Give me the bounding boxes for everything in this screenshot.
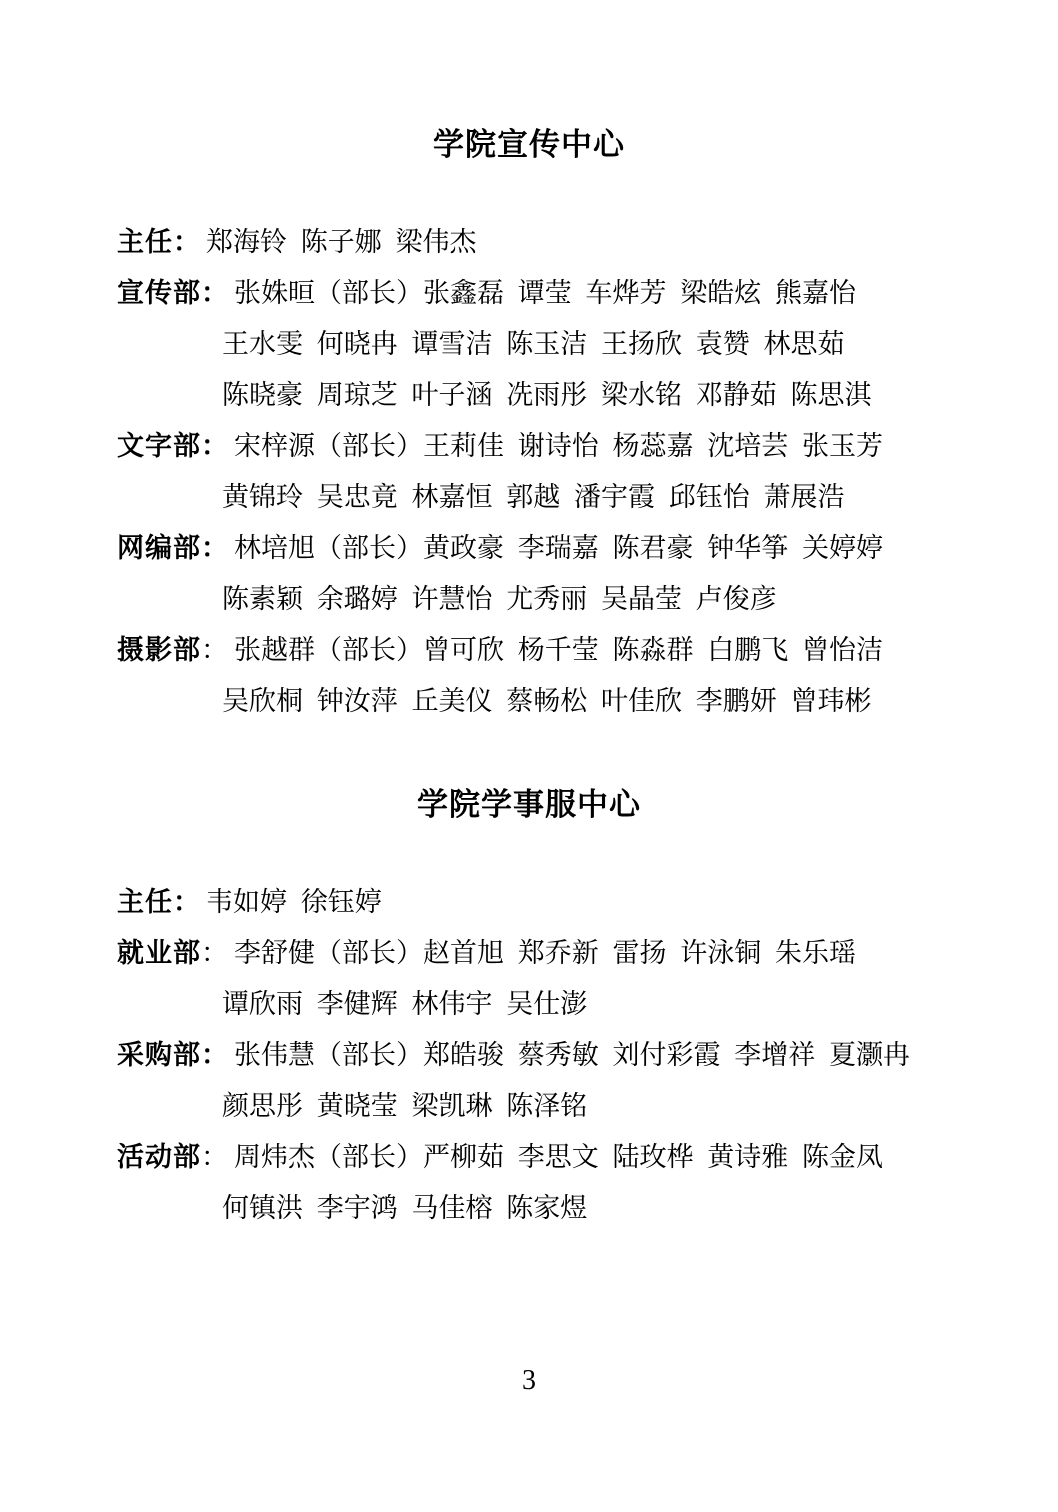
member-names: 吴欣桐 钟汝萍 丘美仪 蔡畅松 叶佳欣 李鹏妍 曾玮彬 bbox=[117, 676, 1008, 727]
entries-list: 主任：韦如婷 徐钰婷就业部：李舒健（部长）赵首旭 郑乔新 雷扬 许泳铜 朱乐瑶谭… bbox=[117, 877, 1008, 1234]
department-label: 主任 bbox=[117, 887, 173, 917]
roster-section: 学院学事服中心主任：韦如婷 徐钰婷就业部：李舒健（部长）赵首旭 郑乔新 雷扬 许… bbox=[0, 779, 1058, 1234]
department-label: 网编部 bbox=[117, 533, 201, 563]
label-colon: ： bbox=[201, 533, 228, 563]
label-colon: ： bbox=[173, 227, 200, 257]
member-names: 张伟慧（部长）郑皓骏 蔡秀敏 刘付彩霞 李增祥 夏灏冉 bbox=[234, 1040, 910, 1070]
member-names: 李舒健（部长）赵首旭 郑乔新 雷扬 许泳铜 朱乐瑶 bbox=[234, 938, 856, 968]
member-names: 谭欣雨 李健辉 林伟宇 吴仕澎 bbox=[117, 979, 1008, 1030]
label-colon: ： bbox=[201, 278, 228, 308]
member-names: 颜思彤 黄晓莹 梁凯琳 陈泽铭 bbox=[117, 1081, 1008, 1132]
label-colon: ： bbox=[201, 431, 228, 461]
department-label: 采购部 bbox=[117, 1040, 201, 1070]
label-colon: ： bbox=[201, 1142, 228, 1172]
department-entry: 摄影部：张越群（部长）曾可欣 杨千莹 陈淼群 白鹏飞 曾怡洁吴欣桐 钟汝萍 丘美… bbox=[117, 625, 1008, 727]
department-entry: 主任：郑海铃 陈子娜 梁伟杰 bbox=[117, 217, 1008, 268]
member-names: 陈晓豪 周琼芝 叶子涵 冼雨彤 梁水铭 邓静茹 陈思淇 bbox=[117, 370, 1008, 421]
department-entry: 网编部：林培旭（部长）黄政豪 李瑞嘉 陈君豪 钟华筝 关婷婷陈素颖 余璐婷 许慧… bbox=[117, 523, 1008, 625]
member-names: 周炜杰（部长）严柳茹 李思文 陆玫桦 黄诗雅 陈金凤 bbox=[234, 1142, 883, 1172]
department-entry: 活动部：周炜杰（部长）严柳茹 李思文 陆玫桦 黄诗雅 陈金凤何镇洪 李宇鸿 马佳… bbox=[117, 1132, 1008, 1234]
department-entry: 主任：韦如婷 徐钰婷 bbox=[117, 877, 1008, 928]
member-names: 何镇洪 李宇鸿 马佳榕 陈家煜 bbox=[117, 1183, 1008, 1234]
document-content: 学院宣传中心主任：郑海铃 陈子娜 梁伟杰宣传部：张姝晅（部长）张鑫磊 谭莹 车烨… bbox=[0, 119, 1058, 1234]
department-label: 活动部 bbox=[117, 1142, 201, 1172]
department-label: 就业部 bbox=[117, 938, 201, 968]
roster-section: 学院宣传中心主任：郑海铃 陈子娜 梁伟杰宣传部：张姝晅（部长）张鑫磊 谭莹 车烨… bbox=[0, 119, 1058, 727]
department-entry: 宣传部：张姝晅（部长）张鑫磊 谭莹 车烨芳 梁皓炫 熊嘉怡王水雯 何晓冉 谭雪洁… bbox=[117, 268, 1008, 421]
page-number: 3 bbox=[0, 1365, 1058, 1397]
label-colon: ： bbox=[201, 938, 228, 968]
section-title: 学院宣传中心 bbox=[0, 119, 1058, 170]
member-names: 林培旭（部长）黄政豪 李瑞嘉 陈君豪 钟华筝 关婷婷 bbox=[234, 533, 883, 563]
department-entry: 文字部：宋梓源（部长）王莉佳 谢诗怡 杨蕊嘉 沈培芸 张玉芳黄锦玲 吴忠竟 林嘉… bbox=[117, 421, 1008, 523]
label-colon: ： bbox=[201, 635, 228, 665]
department-label: 文字部 bbox=[117, 431, 201, 461]
member-names: 陈素颖 余璐婷 许慧怡 尤秀丽 吴晶莹 卢俊彦 bbox=[117, 574, 1008, 625]
member-names: 宋梓源（部长）王莉佳 谢诗怡 杨蕊嘉 沈培芸 张玉芳 bbox=[234, 431, 883, 461]
member-names: 张越群（部长）曾可欣 杨千莹 陈淼群 白鹏飞 曾怡洁 bbox=[234, 635, 883, 665]
department-entry: 就业部：李舒健（部长）赵首旭 郑乔新 雷扬 许泳铜 朱乐瑶谭欣雨 李健辉 林伟宇… bbox=[117, 928, 1008, 1030]
document-page: 学院宣传中心主任：郑海铃 陈子娜 梁伟杰宣传部：张姝晅（部长）张鑫磊 谭莹 车烨… bbox=[0, 0, 1058, 1512]
department-label: 主任 bbox=[117, 227, 173, 257]
department-label: 宣传部 bbox=[117, 278, 201, 308]
entries-list: 主任：郑海铃 陈子娜 梁伟杰宣传部：张姝晅（部长）张鑫磊 谭莹 车烨芳 梁皓炫 … bbox=[117, 217, 1008, 727]
section-title: 学院学事服中心 bbox=[0, 779, 1058, 830]
department-label: 摄影部 bbox=[117, 635, 201, 665]
member-names: 郑海铃 陈子娜 梁伟杰 bbox=[206, 227, 477, 257]
member-names: 韦如婷 徐钰婷 bbox=[206, 887, 382, 917]
member-names: 黄锦玲 吴忠竟 林嘉恒 郭越 潘宇霞 邱钰怡 萧展浩 bbox=[117, 472, 1008, 523]
label-colon: ： bbox=[173, 887, 200, 917]
label-colon: ： bbox=[201, 1040, 228, 1070]
department-entry: 采购部：张伟慧（部长）郑皓骏 蔡秀敏 刘付彩霞 李增祥 夏灏冉颜思彤 黄晓莹 梁… bbox=[117, 1030, 1008, 1132]
member-names: 张姝晅（部长）张鑫磊 谭莹 车烨芳 梁皓炫 熊嘉怡 bbox=[234, 278, 856, 308]
member-names: 王水雯 何晓冉 谭雪洁 陈玉洁 王扬欣 袁赞 林思茹 bbox=[117, 319, 1008, 370]
